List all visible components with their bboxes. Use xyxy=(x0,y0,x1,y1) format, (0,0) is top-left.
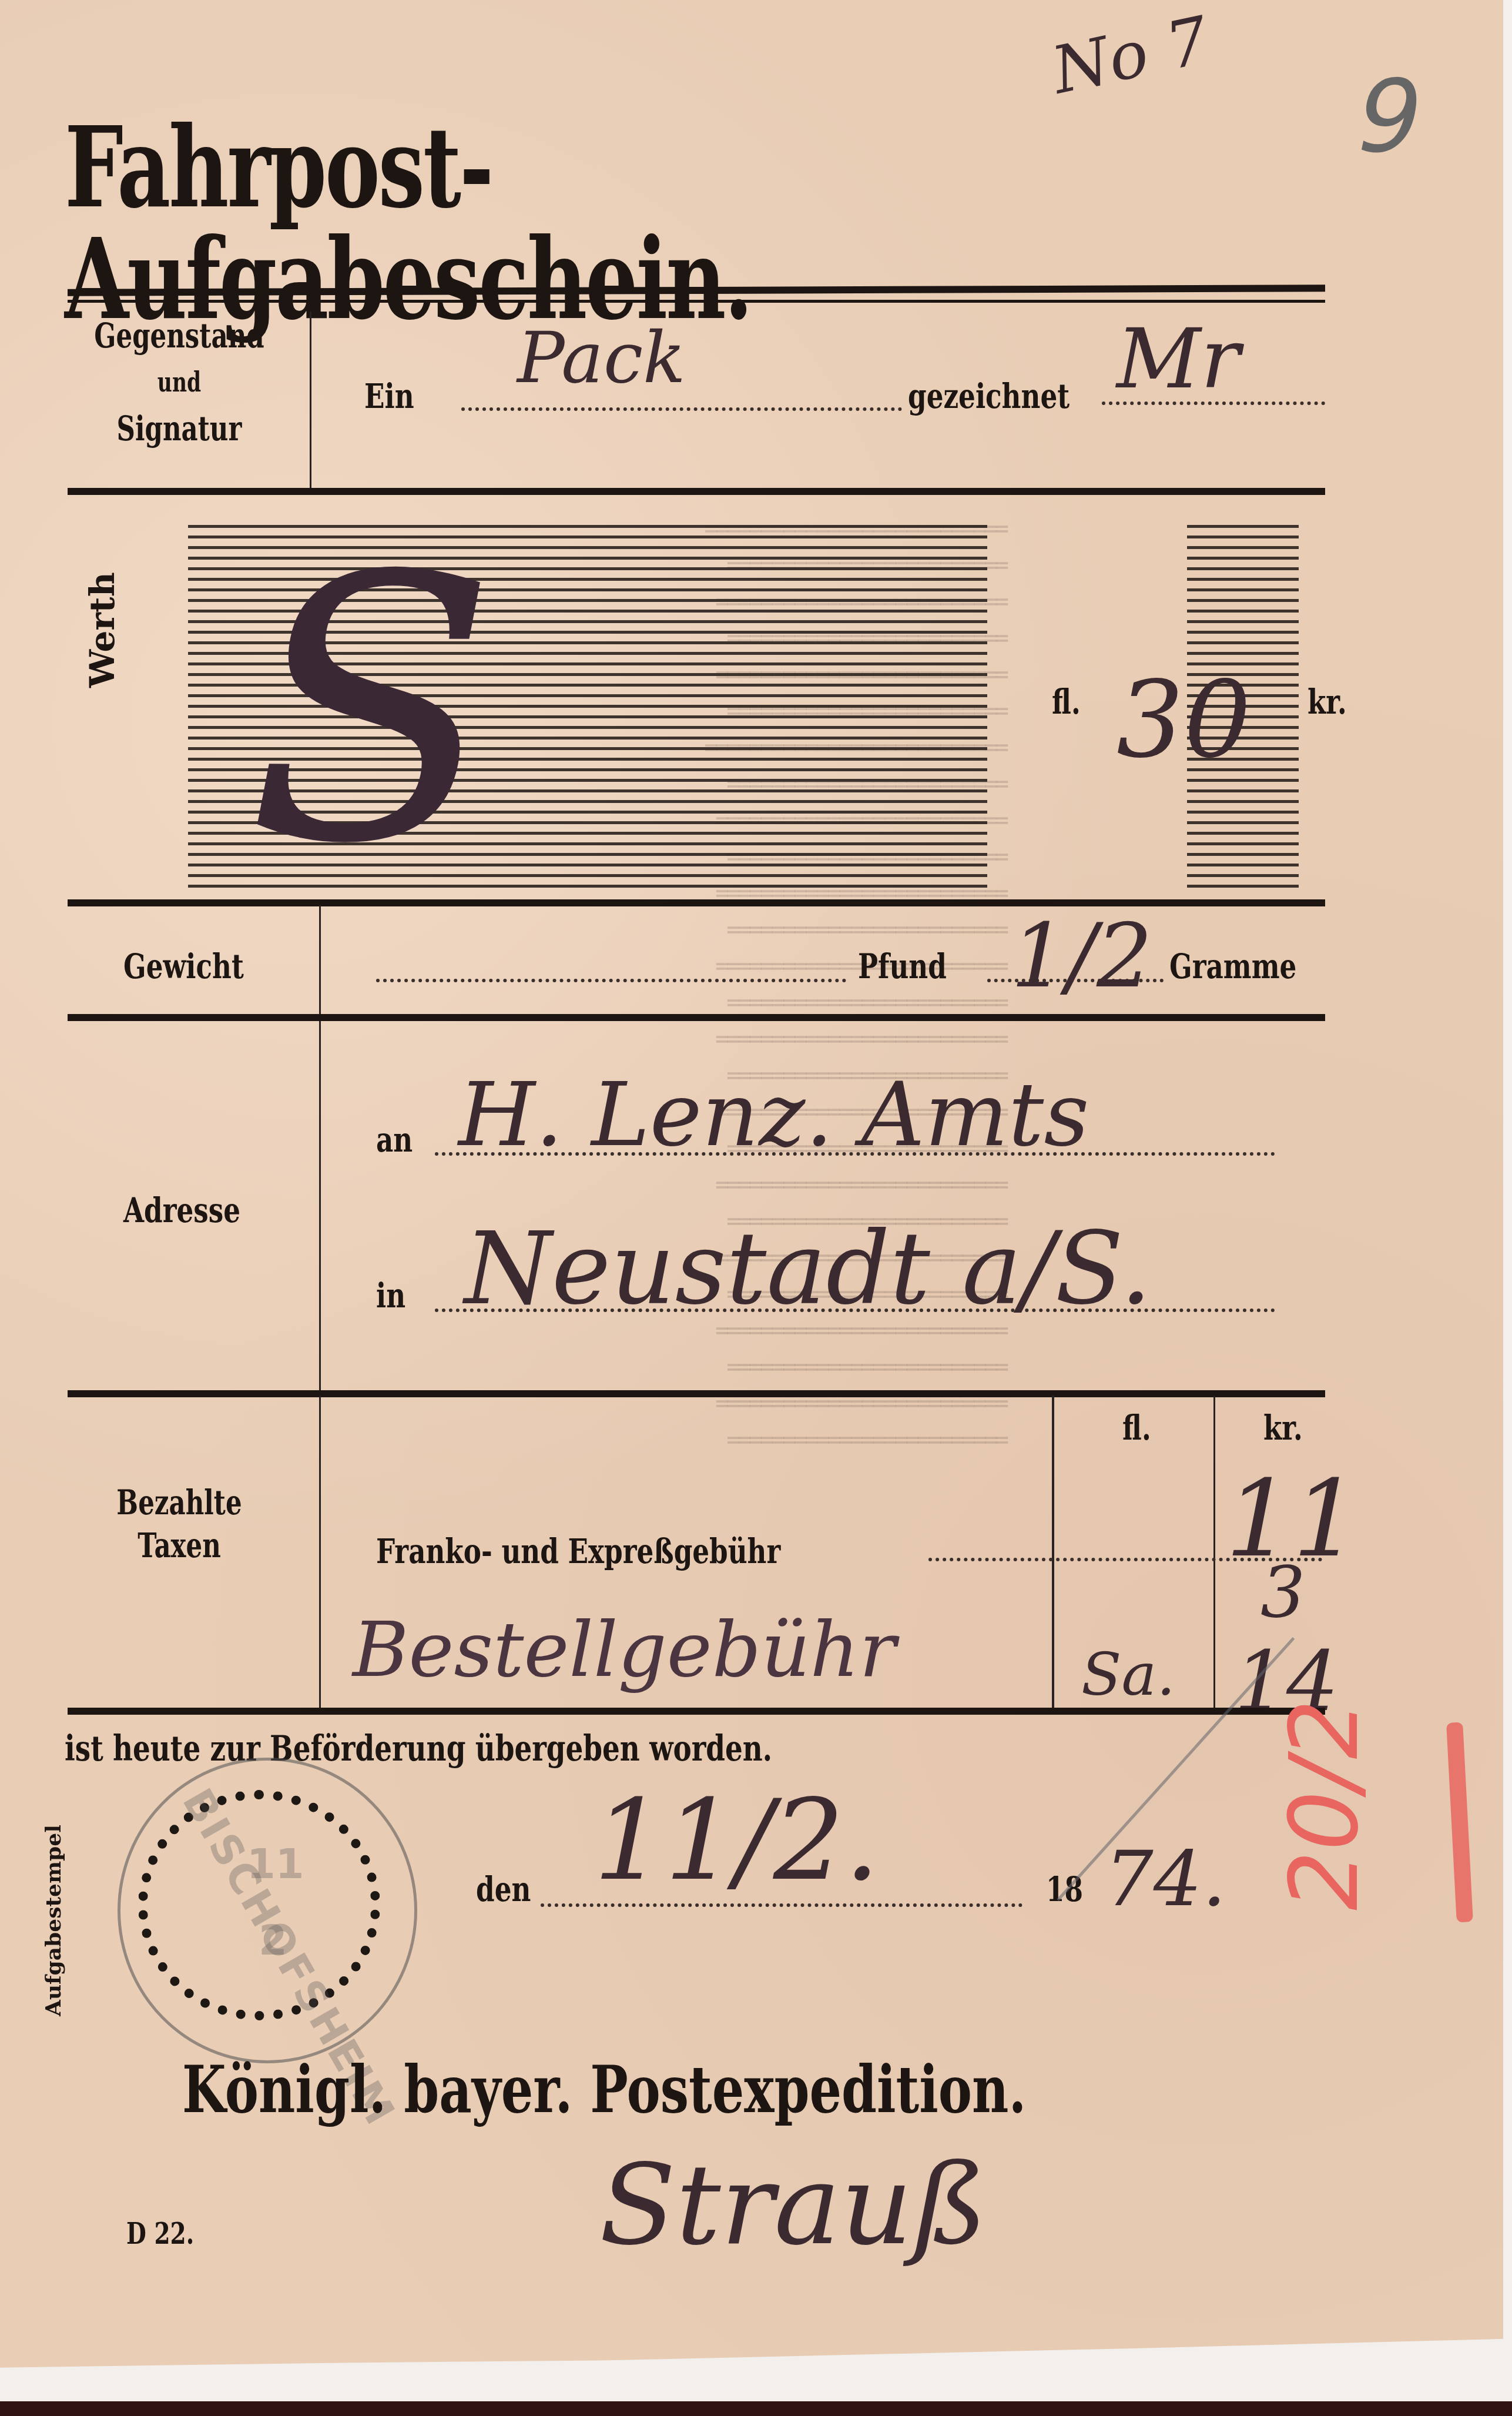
gramme-label: Gramme xyxy=(1169,946,1296,986)
top-rule-thin xyxy=(68,300,1325,303)
taxen-fl-header: fl. xyxy=(1122,1408,1151,1448)
item-handwritten: Pack xyxy=(517,317,686,399)
taxen-divider xyxy=(319,1396,321,1714)
gezeichnet-label: gezeichnet xyxy=(908,376,1070,416)
item-line[interactable] xyxy=(461,407,902,411)
signature-handwritten: Strauß xyxy=(599,2140,987,2270)
date-handwritten: 11/2. xyxy=(594,1775,880,1905)
werth-amount-handwritten: S xyxy=(247,500,497,923)
address-in-handwritten: Neustadt a/S. xyxy=(464,1211,1152,1327)
stamp-date-top: 11 xyxy=(247,1840,304,1888)
franko-label: Franko- und Expreßgebühr xyxy=(376,1531,780,1571)
werth-label: Werth xyxy=(82,572,122,688)
pfund-handwritten: 1/2 xyxy=(1011,905,1152,1008)
mark-handwritten: Mr xyxy=(1117,312,1240,407)
postmark-stamp: BISCHOFSHEIM 11 2 xyxy=(118,1758,417,2063)
fl-label: fl. xyxy=(1052,682,1081,722)
scan-background-strip xyxy=(0,2401,1512,2416)
in-label: in xyxy=(376,1276,405,1316)
section-rule-4 xyxy=(68,1390,1325,1397)
office-text: Königl. bayer. Postexpedition. xyxy=(182,2052,1026,2127)
kr-column-divider xyxy=(1213,1396,1215,1714)
gegenstand-divider xyxy=(310,312,311,488)
form-number: D 22. xyxy=(126,2216,194,2251)
stamp-side-label: Aufgabestempel xyxy=(41,1825,66,2016)
total-label-handwritten: Sa. xyxy=(1081,1640,1175,1709)
handed-over-text: ist heute zur Beförderung übergeben word… xyxy=(65,1728,772,1769)
section-rule-1 xyxy=(68,488,1325,495)
year-handwritten: 74. xyxy=(1105,1834,1226,1923)
adresse-label: Adresse xyxy=(123,1190,240,1230)
taxen-kr-header: kr. xyxy=(1263,1408,1303,1448)
kr-label: kr. xyxy=(1308,682,1347,722)
ein-label: Ein xyxy=(364,376,414,416)
gegenstand-label: Gegenstand und Signatur xyxy=(93,314,266,450)
stamp-date-bottom: 2 xyxy=(259,1916,287,1965)
weight-line-1[interactable] xyxy=(376,979,846,982)
gewicht-label: Gewicht xyxy=(123,946,244,986)
gewicht-divider xyxy=(319,905,321,1393)
an-label: an xyxy=(376,1120,413,1160)
den-label: den xyxy=(476,1869,531,1909)
bestell-kr-handwritten: 3 xyxy=(1260,1552,1305,1634)
red-pencil-note: 20/2 xyxy=(1269,1699,1379,1910)
section-rule-5 xyxy=(68,1708,1325,1715)
taxen-label: Bezahlte Taxen xyxy=(93,1481,266,1567)
werth-kr-handwritten: 30 xyxy=(1117,658,1251,781)
fl-column-divider xyxy=(1052,1396,1054,1714)
pfund-label: Pfund xyxy=(858,946,947,986)
bestellgebuehr-handwritten: Bestellgebühr xyxy=(353,1605,896,1694)
address-an-handwritten: H. Lenz. Amts xyxy=(458,1064,1089,1166)
section-rule-3 xyxy=(68,1014,1325,1021)
